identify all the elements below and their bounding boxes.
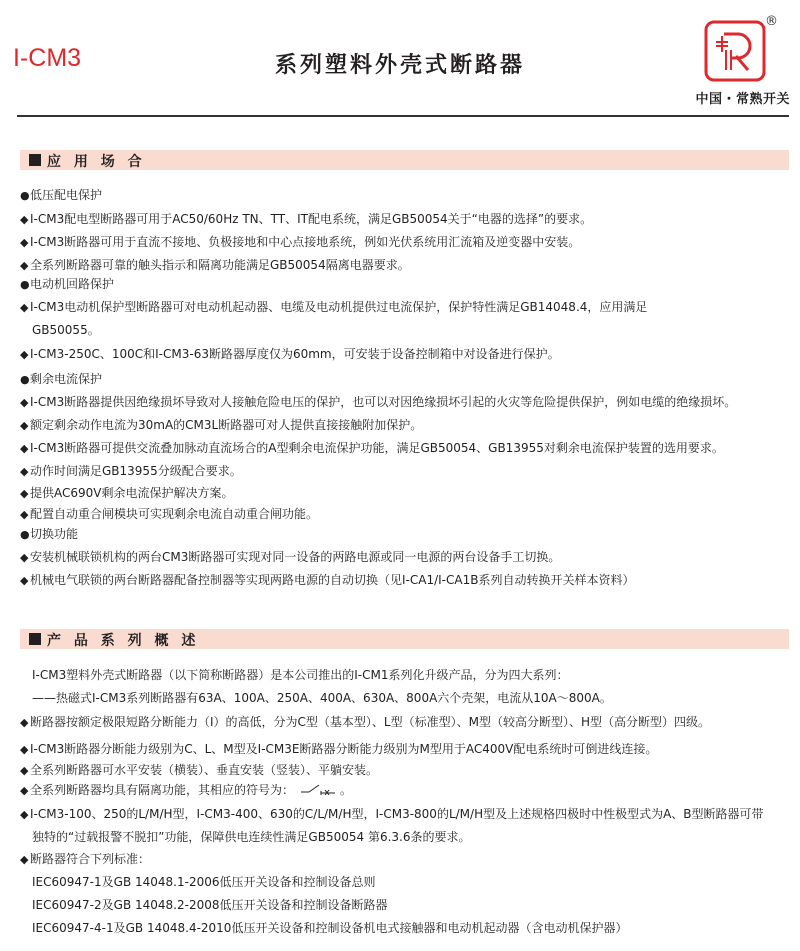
list-item: ◆全系列断路器可水平安装（横装）、垂直安装（竖装）、平躺安装。: [20, 762, 378, 779]
list-item: ●剩余电流保护: [20, 371, 102, 388]
section-header-product-overview: 产 品 系 列 概 述: [20, 629, 789, 649]
list-item: ●切换功能: [20, 526, 78, 543]
list-item: ◆I-CM3断路器提供因绝缘损坏导致对人接触危险电压的保护，也可以对因绝缘损坏引…: [20, 394, 736, 411]
black-square-icon: [29, 154, 41, 166]
standard-item: IEC60947-2及GB 14048.2-2008低压开关设备和控制设备断路器: [32, 897, 387, 913]
registered-mark: ®: [765, 14, 778, 29]
list-item: ●低压配电保护: [20, 187, 102, 204]
list-item: ◆I-CM3断路器分断能力级别为C、L、M型及I-CM3E断路器分断能力级别为M…: [20, 741, 657, 758]
list-item: ◆I-CM3断路器可提供交流叠加脉动直流场合的A型剩余电流保护功能，满足GB50…: [20, 440, 724, 457]
brand-logo-icon: [704, 20, 766, 82]
logo-caption: 中国・常熟开关: [676, 88, 790, 107]
page-header: I-CM3 系列塑料外壳式断路器 ® 中国・常熟开关: [0, 0, 800, 120]
list-item: ◆配置自动重合闸模块可实现剩余电流自动重合闸功能。: [20, 506, 318, 523]
list-item: ◆全系列断路器可靠的触头指示和隔离功能满足GB50054隔离电器要求。: [20, 257, 410, 274]
paragraph: I-CM3塑料外壳式断路器（以下简称断路器）是本公司推出的I-CM1系列化升级产…: [32, 667, 568, 683]
list-item: ◆I-CM3配电型断路器可用于AC50/60Hz TN、TT、IT配电系统，满足…: [20, 211, 592, 228]
list-item: ◆安装机械联锁机构的两台CM3断路器可实现对同一设备的两路电源或同一电源的两台设…: [20, 549, 560, 566]
list-item: ◆全系列断路器均具有隔离功能，其相应的符号为： 。: [20, 782, 352, 799]
list-item: ◆I-CM3断路器可用于直流不接地、负极接地和中心点接地系统，例如光伏系统用汇流…: [20, 234, 580, 251]
list-item: ◆I-CM3-250C、100C和I-CM3-63断路器厚度仅为60mm，可安装…: [20, 346, 560, 363]
list-item: ◆动作时间满足GB13955分级配合要求。: [20, 463, 242, 480]
section-header-applications: 应 用 场 合: [20, 150, 789, 170]
disconnector-symbol-icon: [301, 783, 337, 799]
list-item: ◆额定剩余动作电流为30mA的CM3L断路器可对人提供直接接触附加保护。: [20, 417, 422, 434]
list-item: ◆断路器按额定极限短路分断能力（I）的高低，分为C型（基本型）、L型（标准型）、…: [20, 714, 710, 731]
list-item-continuation: 独特的“过载报警不脱扣”功能，保障供电连续性满足GB50054 第6.3.6条的…: [32, 829, 471, 845]
list-item: ●电动机回路保护: [20, 276, 114, 293]
header-divider: [17, 115, 789, 117]
list-item: ◆断路器符合下列标准：: [20, 851, 150, 868]
black-square-icon: [29, 633, 41, 645]
standard-item: IEC60947-1及GB 14048.1-2006低压开关设备和控制设备总则: [32, 874, 375, 890]
list-item-continuation: GB50055。: [32, 322, 100, 338]
section-title: 产 品 系 列 概 述: [47, 630, 199, 650]
list-item: ◆I-CM3电动机保护型断路器可对电动机起动器、电缆及电动机提供过电流保护，保护…: [20, 299, 647, 316]
list-item: ◆机械电气联锁的两台断路器配备控制器等实现两路电源的自动切换（见I-CA1/I-…: [20, 572, 634, 589]
list-item: ◆I-CM3-100、250的L/M/H型，I-CM3-400、630的C/L/…: [20, 806, 764, 823]
document-title: 系列塑料外壳式断路器: [0, 48, 800, 79]
list-item: ◆提供AC690V剩余电流保护解决方案。: [20, 485, 234, 502]
paragraph: ——热磁式I-CM3系列断路器有63A、100A、250A、400A、630A、…: [32, 690, 612, 706]
section-title: 应 用 场 合: [47, 151, 146, 171]
standard-item: IEC60947-4-1及GB 14048.4-2010低压开关设备和控制设备机…: [32, 920, 627, 936]
